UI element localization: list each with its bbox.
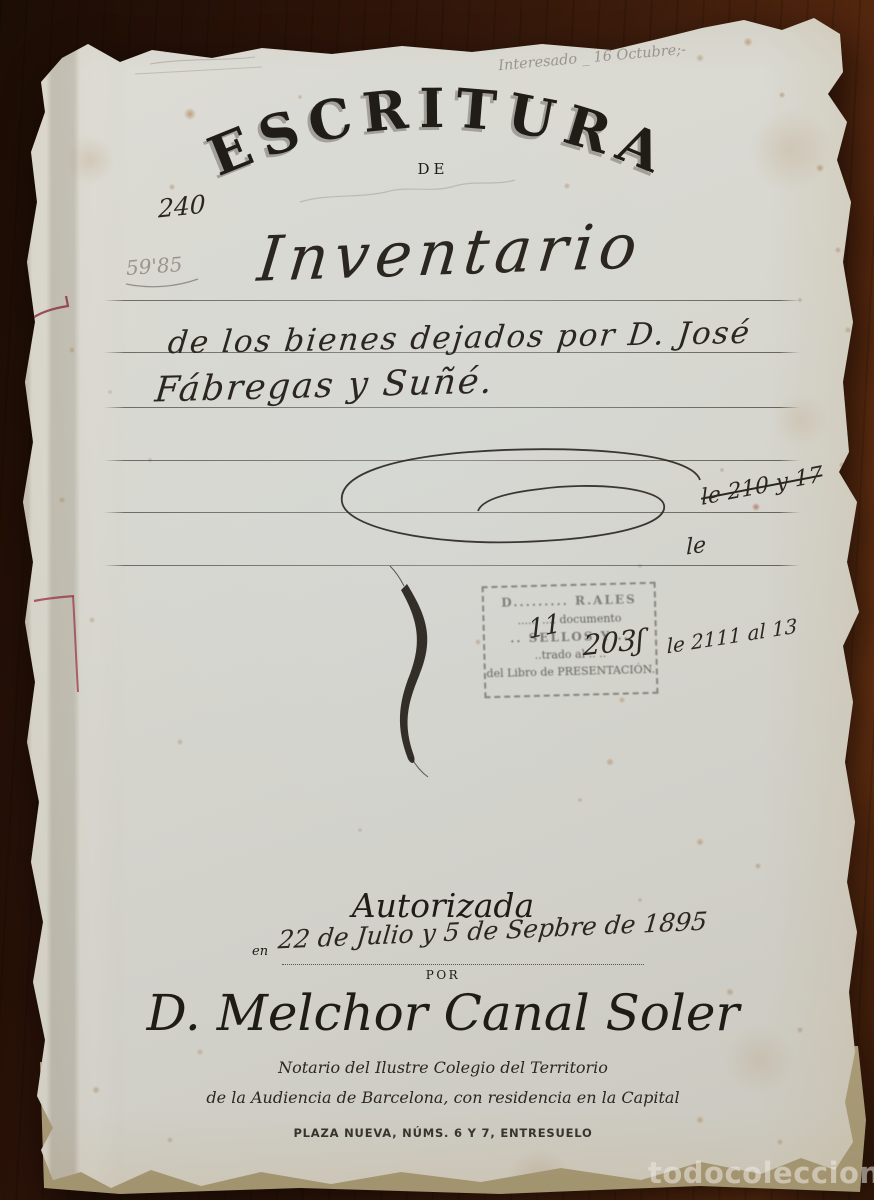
ink-oval-flourish: [342, 449, 700, 542]
escritura-title-arch: ESCRITURA ESCRITURA: [160, 68, 720, 218]
notary-name: D. Melchor Canal Soler: [30, 984, 856, 1042]
stamp-hand-number-203: 203ʃ: [583, 623, 645, 663]
ruled-line: [104, 300, 800, 301]
margin-note-struck: le 210 y 17: [700, 462, 823, 511]
stamp-line: del Libro de PRESENTACIÓN.: [486, 661, 656, 682]
ruled-line: [104, 565, 800, 566]
pencil-scribble-mid: [300, 180, 515, 202]
date-dotted-line: [282, 964, 644, 965]
pencil-underline-flourish: [126, 279, 198, 287]
pencil-scribble-top-left: [135, 44, 295, 74]
notary-title-line1: Notario del Ilustre Colegio del Territor…: [30, 1058, 856, 1077]
manuscript-line2: Fábregas y Suñé.: [153, 362, 496, 411]
pencil-price-note: 59'85: [125, 252, 183, 280]
pencil-note-interesado: Interesado _ 16 Octubre;-: [498, 42, 687, 74]
printed-en: en: [252, 944, 268, 959]
ink-brace-flourish: [390, 566, 428, 777]
notary-address: PLAZA NUEVA, NÚMS. 6 Y 7, ENTRESUELO: [30, 1126, 856, 1140]
manuscript-line1: de los bienes dejados por D. José: [166, 315, 753, 361]
spine-stitch-middle: [34, 596, 78, 692]
stamp-right-note: le 2111 al 13: [667, 614, 798, 659]
hand-number-240: 240: [158, 189, 205, 223]
ruled-line: [104, 512, 800, 513]
spine-stitch-top: [30, 296, 68, 320]
document-cover-sheet: ESCRITURA ESCRITURA DE Interesado _ 16 O…: [0, 0, 874, 1200]
todocoleccion-watermark: todocoleccion: [648, 1156, 874, 1190]
notary-title-line2: de la Audiencia de Barcelona, con reside…: [30, 1088, 856, 1107]
ruled-line: [104, 460, 800, 461]
printed-por: POR: [30, 968, 856, 982]
margin-note-le: le: [686, 532, 706, 560]
title-de: DE: [0, 160, 866, 178]
manuscript-title-inventario: Inventario: [254, 209, 646, 296]
paper-shadow: ESCRITURA ESCRITURA DE Interesado _ 16 O…: [0, 0, 874, 1200]
